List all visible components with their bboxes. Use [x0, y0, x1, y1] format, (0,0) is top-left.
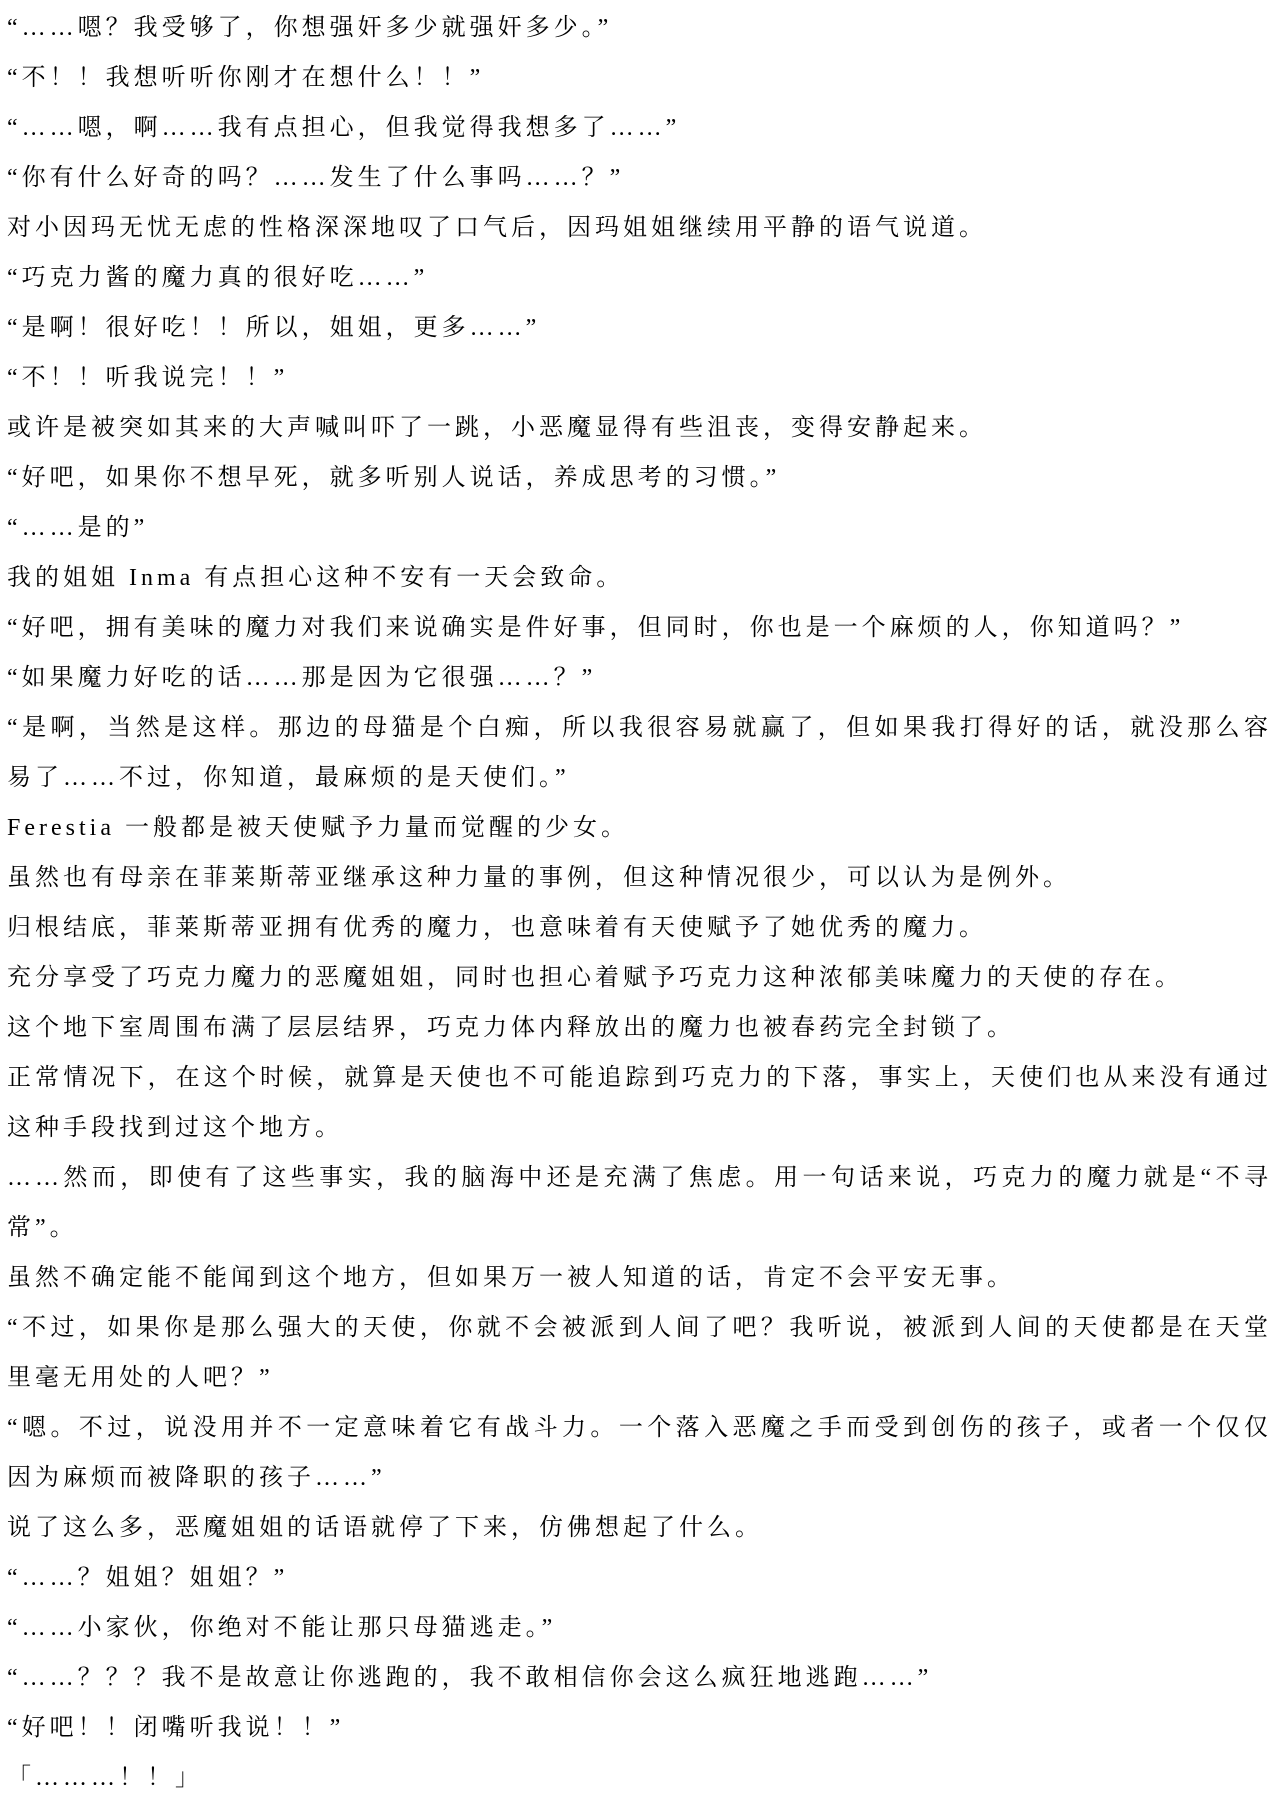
- paragraph: 充分享受了巧克力魔力的恶魔姐姐，同时也担心着赋予巧克力这种浓郁美味魔力的天使的存…: [7, 953, 1272, 1003]
- paragraph: 虽然也有母亲在菲莱斯蒂亚继承这种力量的事例，但这种情况很少，可以认为是例外。: [7, 853, 1272, 903]
- paragraph: 这个地下室周围布满了层层结界，巧克力体内释放出的魔力也被春药完全封锁了。: [7, 1003, 1272, 1053]
- paragraph: “……？姐姐？姐姐？”: [7, 1553, 1272, 1603]
- paragraph: “如果魔力好吃的话……那是因为它很强……？”: [7, 653, 1272, 703]
- paragraph: “不过，如果你是那么强大的天使，你就不会被派到人间了吧？我听说，被派到人间的天使…: [7, 1303, 1272, 1403]
- paragraph: “……嗯，啊……我有点担心，但我觉得我想多了……”: [7, 103, 1272, 153]
- paragraph: 我的姐姐 Inma 有点担心这种不安有一天会致命。: [7, 553, 1272, 603]
- paragraph: “……嗯？我受够了，你想强奸多少就强奸多少。”: [7, 3, 1272, 53]
- paragraph: 说了这么多，恶魔姐姐的话语就停了下来，仿佛想起了什么。: [7, 1503, 1272, 1553]
- paragraph: “不！！听我说完！！”: [7, 353, 1272, 403]
- paragraph: 正常情况下，在这个时候，就算是天使也不可能追踪到巧克力的下落，事实上，天使们也从…: [7, 1053, 1272, 1153]
- paragraph: “……小家伙，你绝对不能让那只母猫逃走。”: [7, 1603, 1272, 1653]
- paragraph: 或许是被突如其来的大声喊叫吓了一跳，小恶魔显得有些沮丧，变得安静起来。: [7, 403, 1272, 453]
- paragraph: “你有什么好奇的吗？……发生了什么事吗……？”: [7, 153, 1272, 203]
- paragraph: 归根结底，菲莱斯蒂亚拥有优秀的魔力，也意味着有天使赋予了她优秀的魔力。: [7, 903, 1272, 953]
- paragraph: “是啊！很好吃！！所以，姐姐，更多……”: [7, 303, 1272, 353]
- paragraph: “……？？？我不是故意让你逃跑的，我不敢相信你会这么疯狂地逃跑……”: [7, 1653, 1272, 1703]
- paragraph: 虽然不确定能不能闻到这个地方，但如果万一被人知道的话，肯定不会平安无事。: [7, 1253, 1272, 1303]
- paragraph: 对小因玛无忧无虑的性格深深地叹了口气后，因玛姐姐继续用平静的语气说道。: [7, 203, 1272, 253]
- paragraph: “好吧，如果你不想早死，就多听别人说话，养成思考的习惯。”: [7, 453, 1272, 503]
- paragraph: “是啊，当然是这样。那边的母猫是个白痴，所以我很容易就赢了，但如果我打得好的话，…: [7, 703, 1272, 803]
- paragraph: “好吧，拥有美味的魔力对我们来说确实是件好事，但同时，你也是一个麻烦的人，你知道…: [7, 603, 1272, 653]
- paragraph: ……然而，即使有了这些事实，我的脑海中还是充满了焦虑。用一句话来说，巧克力的魔力…: [7, 1153, 1272, 1253]
- paragraph: “嗯。不过，说没用并不一定意味着它有战斗力。一个落入恶魔之手而受到创伤的孩子，或…: [7, 1403, 1272, 1503]
- paragraph: “巧克力酱的魔力真的很好吃……”: [7, 253, 1272, 303]
- paragraph: “好吧！！闭嘴听我说！！”: [7, 1703, 1272, 1753]
- paragraph: Ferestia 一般都是被天使赋予力量而觉醒的少女。: [7, 803, 1272, 853]
- novel-text-page: “……嗯？我受够了，你想强奸多少就强奸多少。”“不！！我想听听你刚才在想什么！！…: [0, 0, 1280, 1810]
- paragraph: “……是的”: [7, 503, 1272, 553]
- paragraph: 「………！！」: [7, 1753, 1272, 1803]
- paragraph: “不！！我想听听你刚才在想什么！！”: [7, 53, 1272, 103]
